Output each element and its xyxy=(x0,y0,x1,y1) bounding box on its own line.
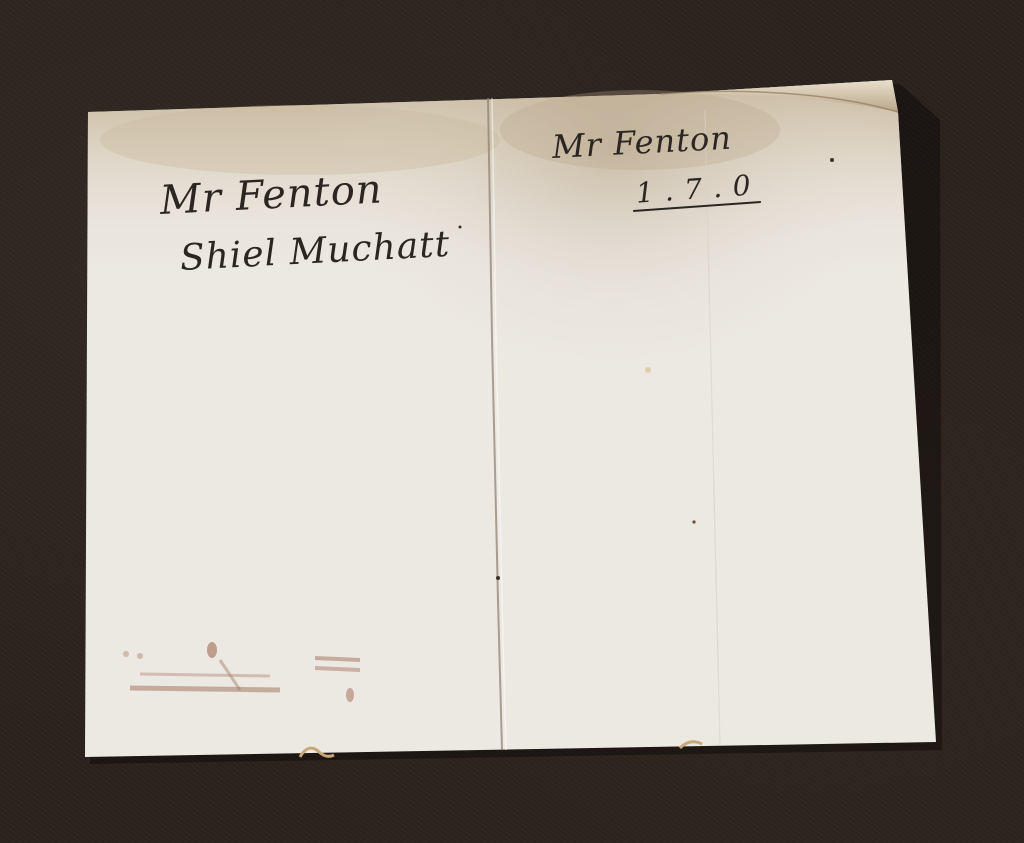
photo-scene: Mr Fenton Shiel Muchatt Mr Fenton 1 . 7 … xyxy=(0,0,1024,843)
paper-document: Mr Fenton Shiel Muchatt Mr Fenton 1 . 7 … xyxy=(0,0,1024,843)
paper-sheet xyxy=(0,0,1024,843)
offset-ink-marks xyxy=(110,630,370,710)
